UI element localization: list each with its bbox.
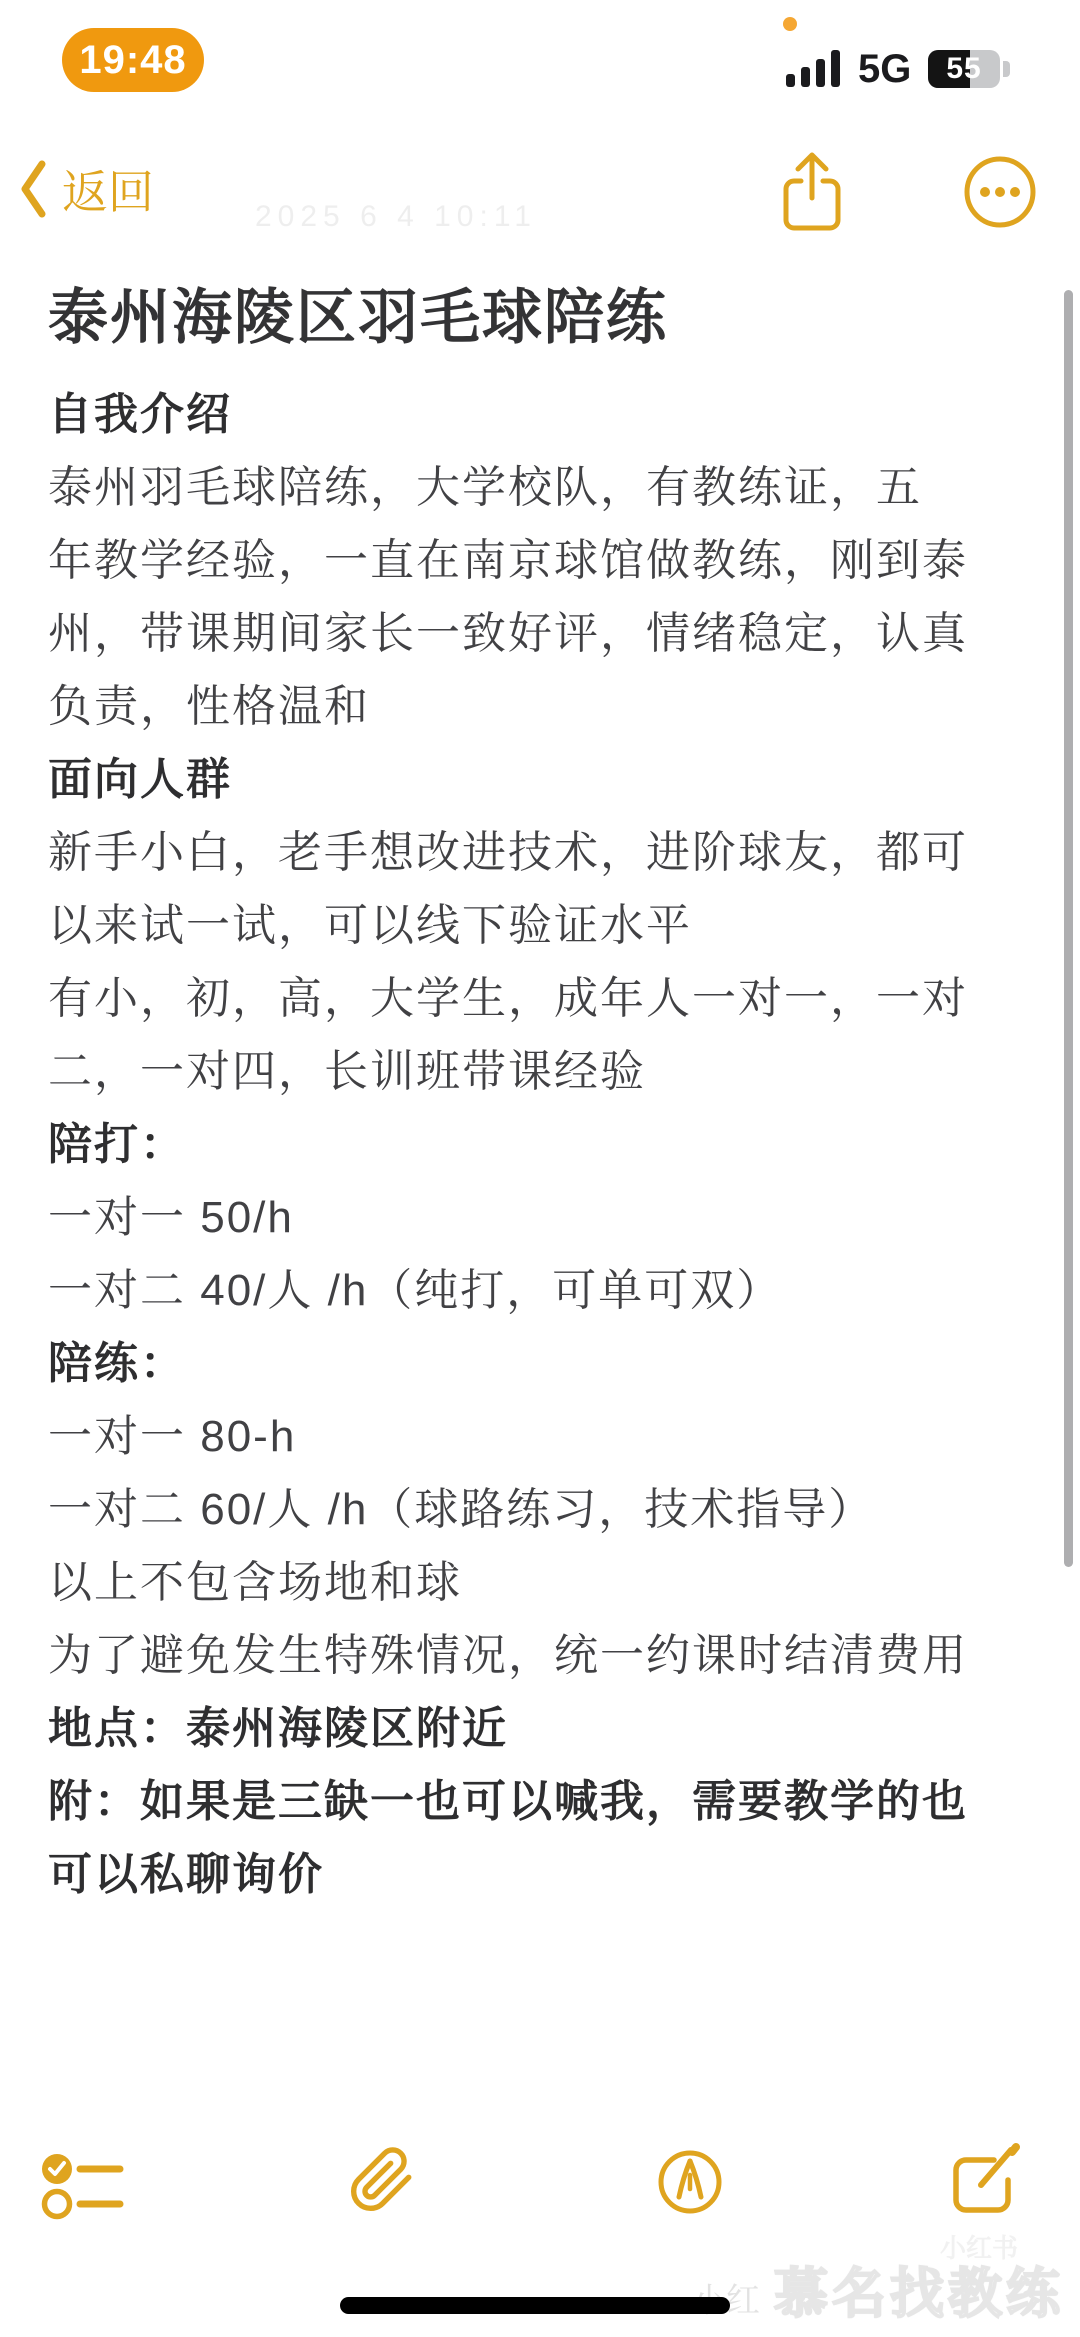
chevron-left-icon: [20, 159, 46, 219]
privacy-indicator-dot: [783, 17, 797, 31]
note-text-line: 面向人群: [48, 743, 1060, 816]
paperclip-icon[interactable]: [348, 2146, 416, 2214]
note-text-line: 二，一对四，长训班带课经验: [48, 1035, 1060, 1108]
share-icon[interactable]: [782, 150, 842, 234]
markup-pen-icon[interactable]: [656, 2148, 724, 2216]
note-text-line: 为了避免发生特殊情况，统一约课时结清费用: [48, 1619, 1060, 1692]
checklist-icon[interactable]: [40, 2152, 124, 2220]
note-text-line: 州，带课期间家长一致好评，情绪稳定，认真: [48, 597, 1060, 670]
notes-app-screen: 19:48 5G 55 返回 2025 6 4 10:11 泰州海陵区羽毛球陪练…: [0, 0, 1080, 2337]
watermark-username: 慕名找教练: [774, 2267, 1064, 2321]
back-label: 返回: [62, 156, 154, 222]
xiaohongshu-watermark: 小红书 小红 慕名找教练: [692, 2235, 1064, 2321]
status-time: 19:48: [79, 38, 186, 83]
note-text-line: 自我介绍: [48, 378, 1060, 451]
note-text-line: 可以私聊询价: [48, 1838, 1060, 1911]
note-body[interactable]: 自我介绍泰州羽毛球陪练，大学校队，有教练证，五年教学经验，一直在南京球馆做教练，…: [48, 378, 1060, 1911]
note-text-line: 负责，性格温和: [48, 670, 1060, 743]
note-text-line: 有小，初，高，大学生，成年人一对一，一对: [48, 962, 1060, 1035]
note-text-line: 泰州羽毛球陪练，大学校队，有教练证，五: [48, 451, 1060, 524]
note-text-line: 地点：泰州海陵区附近: [48, 1692, 1060, 1765]
scrollbar-thumb[interactable]: [1064, 290, 1073, 1567]
note-text-line: 一对一 50/h: [48, 1181, 1060, 1254]
home-indicator[interactable]: [340, 2297, 730, 2314]
more-options-icon[interactable]: [962, 154, 1038, 230]
battery-indicator: 55: [928, 50, 1000, 88]
note-text-line: 新手小白，老手想改进技术，进阶球友，都可: [48, 816, 1060, 889]
note-text-line: 一对二 40/人 /h（纯打，可单可双）: [48, 1254, 1060, 1327]
compose-icon[interactable]: [948, 2138, 1026, 2218]
battery-nub: [1003, 61, 1010, 77]
network-type-label: 5G: [858, 47, 911, 92]
status-time-pill: 19:48: [62, 28, 204, 92]
cellular-signal-icon: [785, 48, 847, 88]
note-title[interactable]: 泰州海陵区羽毛球陪练: [48, 270, 668, 356]
note-text-line: 以来试一试，可以线下验证水平: [48, 889, 1060, 962]
back-button[interactable]: 返回: [20, 156, 154, 222]
faded-date-stamp: 2025 6 4 10:11: [255, 200, 537, 234]
note-text-line: 陪打：: [48, 1108, 1060, 1181]
note-text-line: 年教学经验，一直在南京球馆做教练，刚到泰: [48, 524, 1060, 597]
watermark-badge: 小红书: [692, 2235, 1018, 2261]
note-text-line: 附：如果是三缺一也可以喊我，需要教学的也: [48, 1765, 1060, 1838]
battery-percent-label: 55: [928, 50, 1000, 88]
note-text-line: 以上不包含场地和球: [48, 1546, 1060, 1619]
note-text-line: 一对一 80-h: [48, 1400, 1060, 1473]
note-text-line: 一对二 60/人 /h（球路练习，技术指导）: [48, 1473, 1060, 1546]
note-text-line: 陪练：: [48, 1327, 1060, 1400]
